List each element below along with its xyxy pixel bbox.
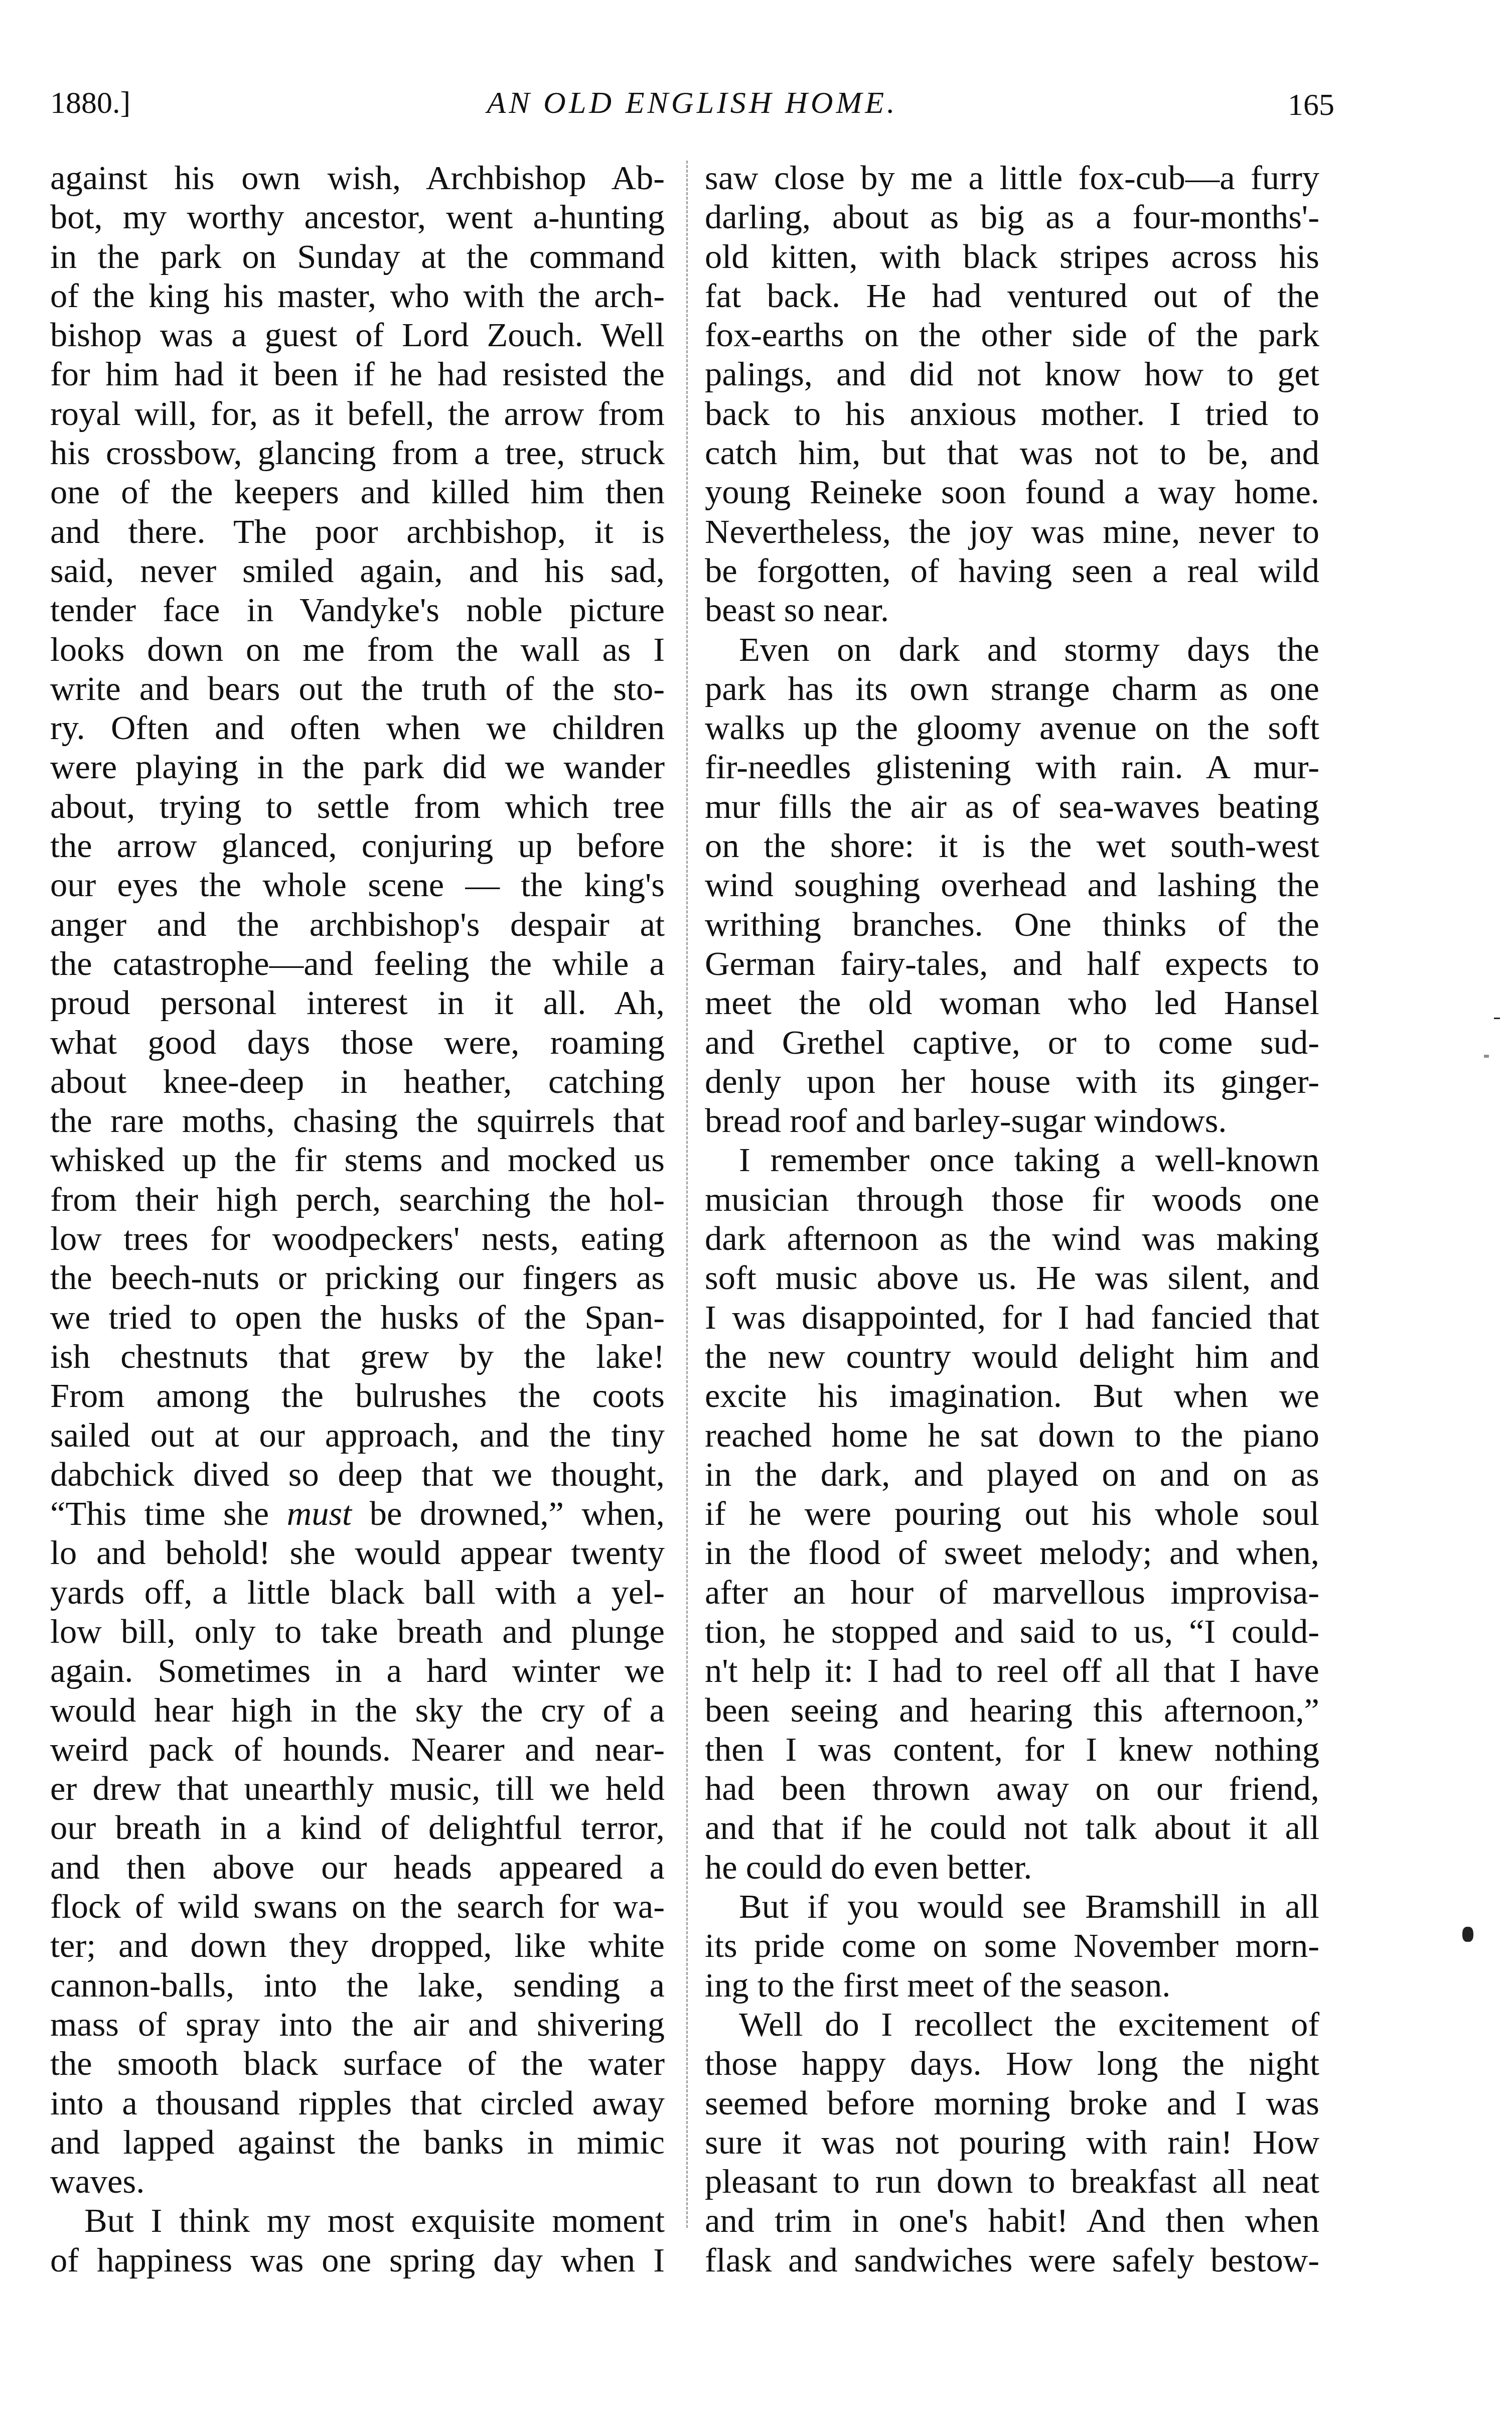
text-line-with-italic: “This time she must be drowned,” when, [50, 1494, 665, 1533]
text-line: I was disappointed, for I had fancied th… [705, 1298, 1319, 1337]
text-line: of happiness was one spring day when I [50, 2240, 665, 2280]
text-line: saw close by me a little fox-cub—a furry [705, 158, 1319, 197]
text-line: seemed before morning broke and I was [705, 2083, 1319, 2122]
text-line: write and bears out the truth of the sto… [50, 669, 665, 708]
page-number: 165 [1288, 87, 1334, 123]
text-line: its pride come on some November morn- [705, 1926, 1319, 1965]
text-line: in the dark, and played on and on as [705, 1455, 1319, 1494]
text-line: mur fills the air as of sea-waves beatin… [705, 787, 1319, 826]
text-line: in the flood of sweet melody; and when, [705, 1533, 1319, 1572]
text-line: Nevertheless, the joy was mine, never to [705, 512, 1319, 551]
text-line: sure it was not pouring with rain! How [705, 2122, 1319, 2162]
text-line: ry. Often and often when we children [50, 708, 665, 747]
text-line: on the shore: it is the wet south-west [705, 826, 1319, 865]
text-line: our breath in a kind of delightful terro… [50, 1808, 665, 1847]
text-line: if he were pouring out his whole soul [705, 1494, 1319, 1533]
scan-speck [1494, 1018, 1500, 1019]
text-line: those happy days. How long the night [705, 2044, 1319, 2083]
text-line: From among the bulrushes the coots [50, 1376, 665, 1415]
text-line: fox-earths on the other side of the park [705, 315, 1319, 354]
text-line: of the king his master, who with the arc… [50, 276, 665, 315]
text-line: lo and behold! she would appear twenty [50, 1533, 665, 1572]
column-divider [686, 161, 688, 2228]
text-line: were playing in the park did we wander [50, 747, 665, 786]
text-line: n't help it: I had to reel off all that … [705, 1651, 1319, 1690]
text-line: waves. [50, 2162, 665, 2201]
text-line: musician through those fir woods one [705, 1180, 1319, 1219]
text-line: anger and the archbishop's despair at [50, 905, 665, 944]
text-line: excite his imagination. But when we [705, 1376, 1319, 1415]
running-header: 1880.] AN OLD ENGLISH HOME. 165 [50, 80, 1334, 135]
text-line: the rare moths, chasing the squirrels th… [50, 1101, 665, 1140]
text-line: ish chestnuts that grew by the lake! [50, 1337, 665, 1376]
text-line: reached home he sat down to the piano [705, 1415, 1319, 1455]
text-line: soft music above us. He was silent, and [705, 1258, 1319, 1297]
paragraph-start-line: But if you would see Bramshill in all [705, 1887, 1319, 1926]
text-line: after an hour of marvellous improvisa- [705, 1573, 1319, 1612]
text-line: been seeing and hearing this afternoon,” [705, 1690, 1319, 1730]
left-column: against his own wish, Archbishop Ab- bot… [50, 158, 665, 2280]
text-line: yards off, a little black ball with a ye… [50, 1573, 665, 1612]
text-line: from their high perch, searching the hol… [50, 1180, 665, 1219]
text-line: about, trying to settle from which tree [50, 787, 665, 826]
text-line: about knee-deep in heather, catching [50, 1062, 665, 1101]
text-line: looks down on me from the wall as I [50, 630, 665, 669]
text-line: meet the old woman who led Hansel [705, 983, 1319, 1022]
text-line: against his own wish, Archbishop Ab- [50, 158, 665, 197]
text-line: walks up the gloomy avenue on the soft [705, 708, 1319, 747]
text-line: would hear high in the sky the cry of a [50, 1690, 665, 1730]
text-line: tion, he stopped and said to us, “I coul… [705, 1612, 1319, 1651]
text-line: and that if he could not talk about it a… [705, 1808, 1319, 1847]
text-line: what good days those were, roaming [50, 1023, 665, 1062]
text-line: the arrow glanced, conjuring up before [50, 826, 665, 865]
text-line: cannon-balls, into the lake, sending a [50, 1965, 665, 2005]
text-line: wind soughing overhead and lashing the [705, 865, 1319, 904]
text-line: sailed out at our approach, and the tiny [50, 1415, 665, 1455]
scan-speck [1484, 1055, 1489, 1058]
text-line: and there. The poor archbishop, it is [50, 512, 665, 551]
text-line: bread roof and barley-sugar windows. [705, 1101, 1319, 1140]
text-line: bot, my worthy ancestor, went a-hunting [50, 197, 665, 236]
text-line: low bill, only to take breath and plunge [50, 1612, 665, 1651]
text-line: palings, and did not know how to get [705, 354, 1319, 393]
text-line: ter; and down they dropped, like white [50, 1926, 665, 1965]
text-line: the beech-nuts or pricking our fingers a… [50, 1258, 665, 1297]
text-line: catch him, but that was not to be, and [705, 433, 1319, 472]
text-line: the new country would delight him and [705, 1337, 1319, 1376]
text-line: said, never smiled again, and his sad, [50, 551, 665, 590]
text-line: proud personal interest in it all. Ah, [50, 983, 665, 1022]
text-line: and then above our heads appeared a [50, 1848, 665, 1887]
text-line: low trees for woodpeckers' nests, eating [50, 1219, 665, 1258]
paragraph-start-line: Well do I recollect the excitement of [705, 2005, 1319, 2044]
text-line: mass of spray into the air and shivering [50, 2005, 665, 2044]
text-line: into a thousand ripples that circled awa… [50, 2083, 665, 2122]
text-line: fir-needles glistening with rain. A mur- [705, 747, 1319, 786]
text-line: German fairy-tales, and half expects to [705, 944, 1319, 983]
text-line: dark afternoon as the wind was making [705, 1219, 1319, 1258]
text-line: again. Sometimes in a hard winter we [50, 1651, 665, 1690]
text-line: for him had it been if he had resisted t… [50, 354, 665, 393]
ink-blot [1462, 1927, 1473, 1942]
text-line: young Reineke soon found a way home. [705, 472, 1319, 511]
text-line: dabchick dived so deep that we thought, [50, 1455, 665, 1494]
paragraph-start-line: But I think my most exquisite moment [50, 2201, 665, 2240]
text-line: and lapped against the banks in mimic [50, 2122, 665, 2162]
text-line: ing to the first meet of the season. [705, 1965, 1319, 2005]
text-line: tender face in Vandyke's noble picture [50, 590, 665, 629]
text-line: weird pack of hounds. Nearer and near- [50, 1730, 665, 1769]
text-line: had been thrown away on our friend, [705, 1769, 1319, 1808]
header-title: AN OLD ENGLISH HOME. [50, 85, 1334, 121]
text-line: writhing branches. One thinks of the [705, 905, 1319, 944]
text-line: the smooth black surface of the water [50, 2044, 665, 2083]
text-line: er drew that unearthly music, till we he… [50, 1769, 665, 1808]
text-line: and Grethel captive, or to come sud- [705, 1023, 1319, 1062]
text-line: flask and sandwiches were safely bestow- [705, 2240, 1319, 2280]
text-line: pleasant to run down to breakfast all ne… [705, 2162, 1319, 2201]
text-line: denly upon her house with its ginger- [705, 1062, 1319, 1101]
text-line: old kitten, with black stripes across hi… [705, 237, 1319, 276]
text-line: park has its own strange charm as one [705, 669, 1319, 708]
paragraph-start-line: Even on dark and stormy days the [705, 630, 1319, 669]
text-line: then I was content, for I knew nothing [705, 1730, 1319, 1769]
text-line: and trim in one's habit! And then when [705, 2201, 1319, 2240]
text-line: be forgotten, of having seen a real wild [705, 551, 1319, 590]
text-line: whisked up the fir stems and mocked us [50, 1140, 665, 1179]
text-line: bishop was a guest of Lord Zouch. Well [50, 315, 665, 354]
text-line: flock of wild swans on the search for wa… [50, 1887, 665, 1926]
text-line: we tried to open the husks of the Span- [50, 1298, 665, 1337]
text-line: fat back. He had ventured out of the [705, 276, 1319, 315]
text-line: beast so near. [705, 590, 1319, 629]
italic-emphasis: must [287, 1494, 352, 1532]
paragraph-start-line: I remember once taking a well-known [705, 1140, 1319, 1179]
text-line: his crossbow, glancing from a tree, stru… [50, 433, 665, 472]
right-column: saw close by me a little fox-cub—a furry… [705, 158, 1319, 2280]
text-line: the catastrophe—and feeling the while a [50, 944, 665, 983]
text-line: one of the keepers and killed him then [50, 472, 665, 511]
text-line: back to his anxious mother. I tried to [705, 394, 1319, 433]
text-line: darling, about as big as a four-months'- [705, 197, 1319, 236]
text-line: in the park on Sunday at the command [50, 237, 665, 276]
text-line: our eyes the whole scene — the king's [50, 865, 665, 904]
text-line: he could do even better. [705, 1848, 1319, 1887]
text-line: royal will, for, as it befell, the arrow… [50, 394, 665, 433]
